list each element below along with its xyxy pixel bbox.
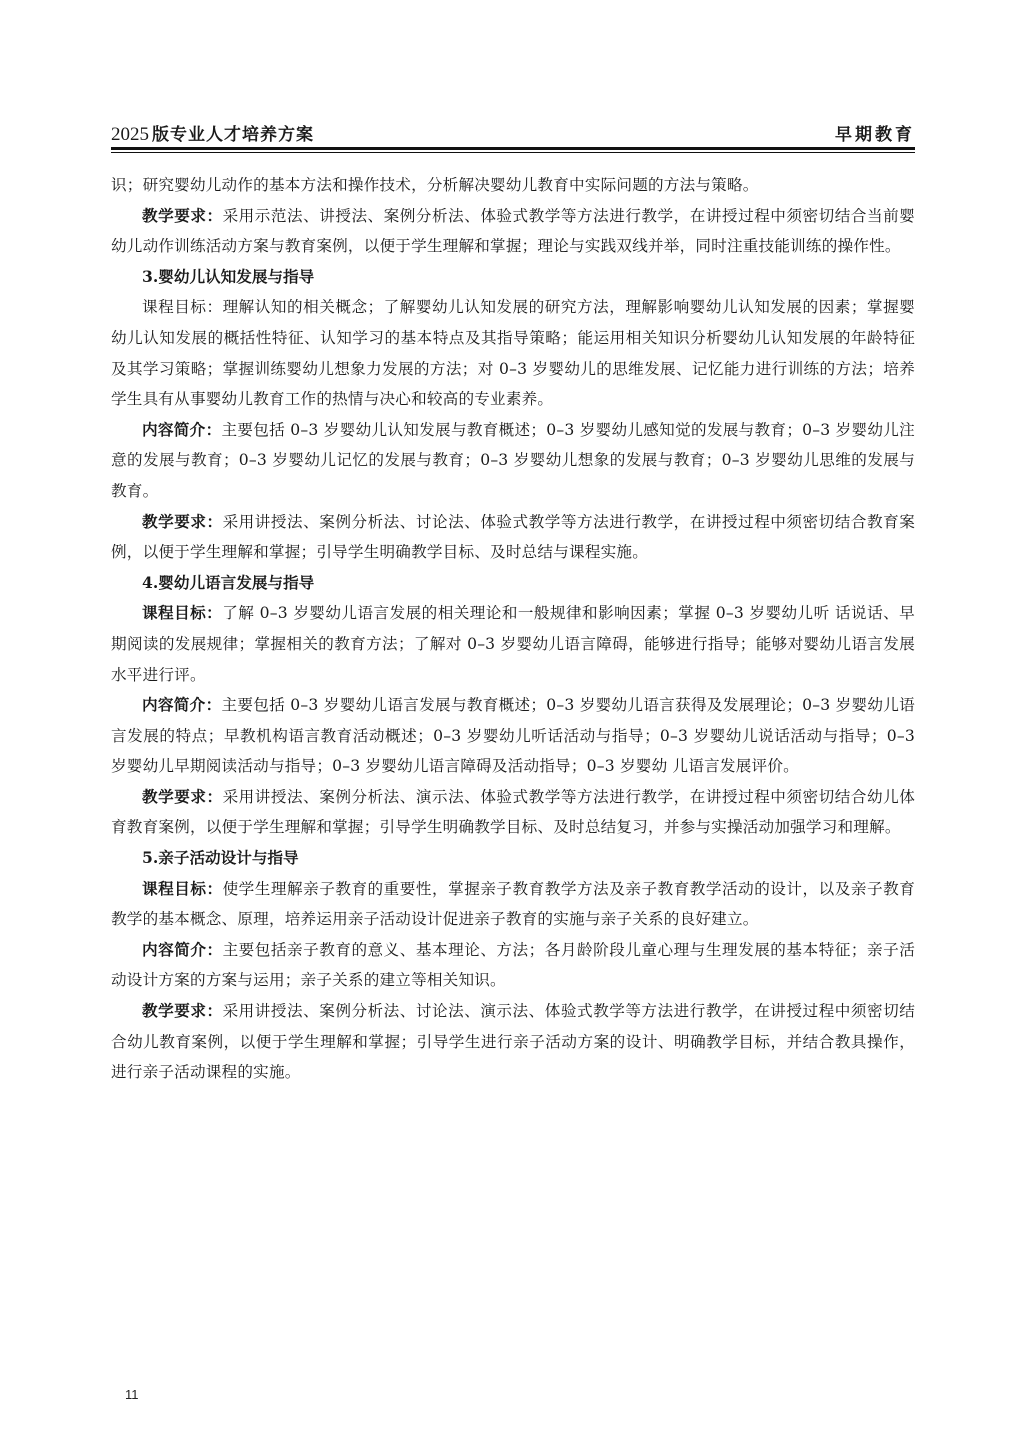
page-body: 识；研究婴幼儿动作的基本方法和操作技术，分析解决婴幼儿教育中实际问题的方法与策略… xyxy=(111,170,915,1088)
header-rule-thin xyxy=(111,152,915,153)
section-heading: 5.亲子活动设计与指导 xyxy=(111,843,915,874)
header-major-name: 早期教育 xyxy=(835,124,915,146)
header-title-text: 版专业人才培养方案 xyxy=(152,125,314,145)
paragraph-content-summary: 内容简介：主要包括亲子教育的意义、基本理论、方法；各月龄阶段儿童心理与生理发展的… xyxy=(111,935,915,996)
header-year: 2025 xyxy=(111,124,149,145)
paragraph-label: 教学要求： xyxy=(142,512,223,531)
course-section-cognitive: 3.婴幼儿认知发展与指导 课程目标：理解认知的相关概念；了解婴幼儿认知发展的研究… xyxy=(111,262,915,568)
paragraph-course-objective: 课程目标：了解 0–3 岁婴幼儿语言发展的相关理论和一般规律和影响因素；掌握 0… xyxy=(111,598,915,690)
paragraph-content-summary: 内容简介：主要包括 0–3 岁婴幼儿语言发展与教育概述；0–3 岁婴幼儿语言获得… xyxy=(111,690,915,782)
paragraph-label: 教学要求： xyxy=(142,1001,223,1020)
paragraph-text: 使学生理解亲子教育的重要性，掌握亲子教育教学方法及亲子教育教学活动的设计，以及亲… xyxy=(111,880,915,929)
section-heading: 3.婴幼儿认知发展与指导 xyxy=(111,262,915,293)
section-heading: 4.婴幼儿语言发展与指导 xyxy=(111,568,915,599)
paragraph-text: 主要包括 0–3 岁婴幼儿认知发展与教育概述；0–3 岁婴幼儿感知觉的发展与教育… xyxy=(111,421,915,500)
paragraph-label: 课程目标： xyxy=(142,603,222,622)
course-section-language: 4.婴幼儿语言发展与指导 课程目标：了解 0–3 岁婴幼儿语言发展的相关理论和一… xyxy=(111,568,915,843)
header-program-title: 2025版专业人才培养方案 xyxy=(111,124,314,146)
paragraph-label: 课程目标： xyxy=(142,298,223,316)
paragraph-teaching-requirements: 教学要求：采用讲授法、案例分析法、讨论法、体验式教学等方法进行教学，在讲授过程中… xyxy=(111,507,915,568)
paragraph-text: 主要包括 0–3 岁婴幼儿语言发展与教育概述；0–3 岁婴幼儿语言获得及发展理论… xyxy=(111,696,915,775)
paragraph-label: 内容简介： xyxy=(142,420,221,439)
header-rule-thick xyxy=(111,147,915,150)
paragraph-text: 采用讲授法、案例分析法、演示法、体验式教学等方法进行教学，在讲授过程中须密切结合… xyxy=(111,788,915,837)
paragraph-text: 采用讲授法、案例分析法、讨论法、演示法、体验式教学等方法进行教学，在讲授过程中须… xyxy=(111,1002,915,1081)
paragraph-label: 教学要求： xyxy=(142,787,223,806)
page-header: 2025版专业人才培养方案 早期教育 xyxy=(111,124,915,146)
paragraph-label: 教学要求： xyxy=(142,206,223,225)
paragraph-teaching-requirements: 教学要求：采用讲授法、案例分析法、讨论法、演示法、体验式教学等方法进行教学，在讲… xyxy=(111,996,915,1088)
paragraph-text: 采用讲授法、案例分析法、讨论法、体验式教学等方法进行教学，在讲授过程中须密切结合… xyxy=(111,513,915,562)
paragraph-teaching-requirements: 教学要求：采用讲授法、案例分析法、演示法、体验式教学等方法进行教学，在讲授过程中… xyxy=(111,782,915,843)
paragraph-label: 课程目标： xyxy=(142,879,223,898)
paragraph-content-summary: 内容简介：主要包括 0–3 岁婴幼儿认知发展与教育概述；0–3 岁婴幼儿感知觉的… xyxy=(111,415,915,507)
paragraph-teaching-requirements: 教学要求：采用示范法、讲授法、案例分析法、体验式教学等方法进行教学，在讲授过程中… xyxy=(111,201,915,262)
paragraph-label: 内容简介： xyxy=(142,940,223,959)
paragraph-text: 了解 0–3 岁婴幼儿语言发展的相关理论和一般规律和影响因素；掌握 0–3 岁婴… xyxy=(111,604,915,683)
page-number: 11 xyxy=(125,1387,139,1402)
paragraph-label: 内容简介： xyxy=(142,695,221,714)
paragraph-text: 主要包括亲子教育的意义、基本理论、方法；各月龄阶段儿童心理与生理发展的基本特征；… xyxy=(111,941,915,990)
paragraph-continuation: 识；研究婴幼儿动作的基本方法和操作技术，分析解决婴幼儿教育中实际问题的方法与策略… xyxy=(111,170,915,201)
paragraph-course-objective: 课程目标：使学生理解亲子教育的重要性，掌握亲子教育教学方法及亲子教育教学活动的设… xyxy=(111,874,915,935)
paragraph-text: 采用示范法、讲授法、案例分析法、体验式教学等方法进行教学，在讲授过程中须密切结合… xyxy=(111,207,915,256)
paragraph-text: 理解认知的相关概念；了解婴幼儿认知发展的研究方法，理解影响婴幼儿认知发展的因素；… xyxy=(111,298,915,408)
paragraph-course-objective: 课程目标：理解认知的相关概念；了解婴幼儿认知发展的研究方法，理解影响婴幼儿认知发… xyxy=(111,292,915,414)
course-section-parent-child: 5.亲子活动设计与指导 课程目标：使学生理解亲子教育的重要性，掌握亲子教育教学方… xyxy=(111,843,915,1088)
